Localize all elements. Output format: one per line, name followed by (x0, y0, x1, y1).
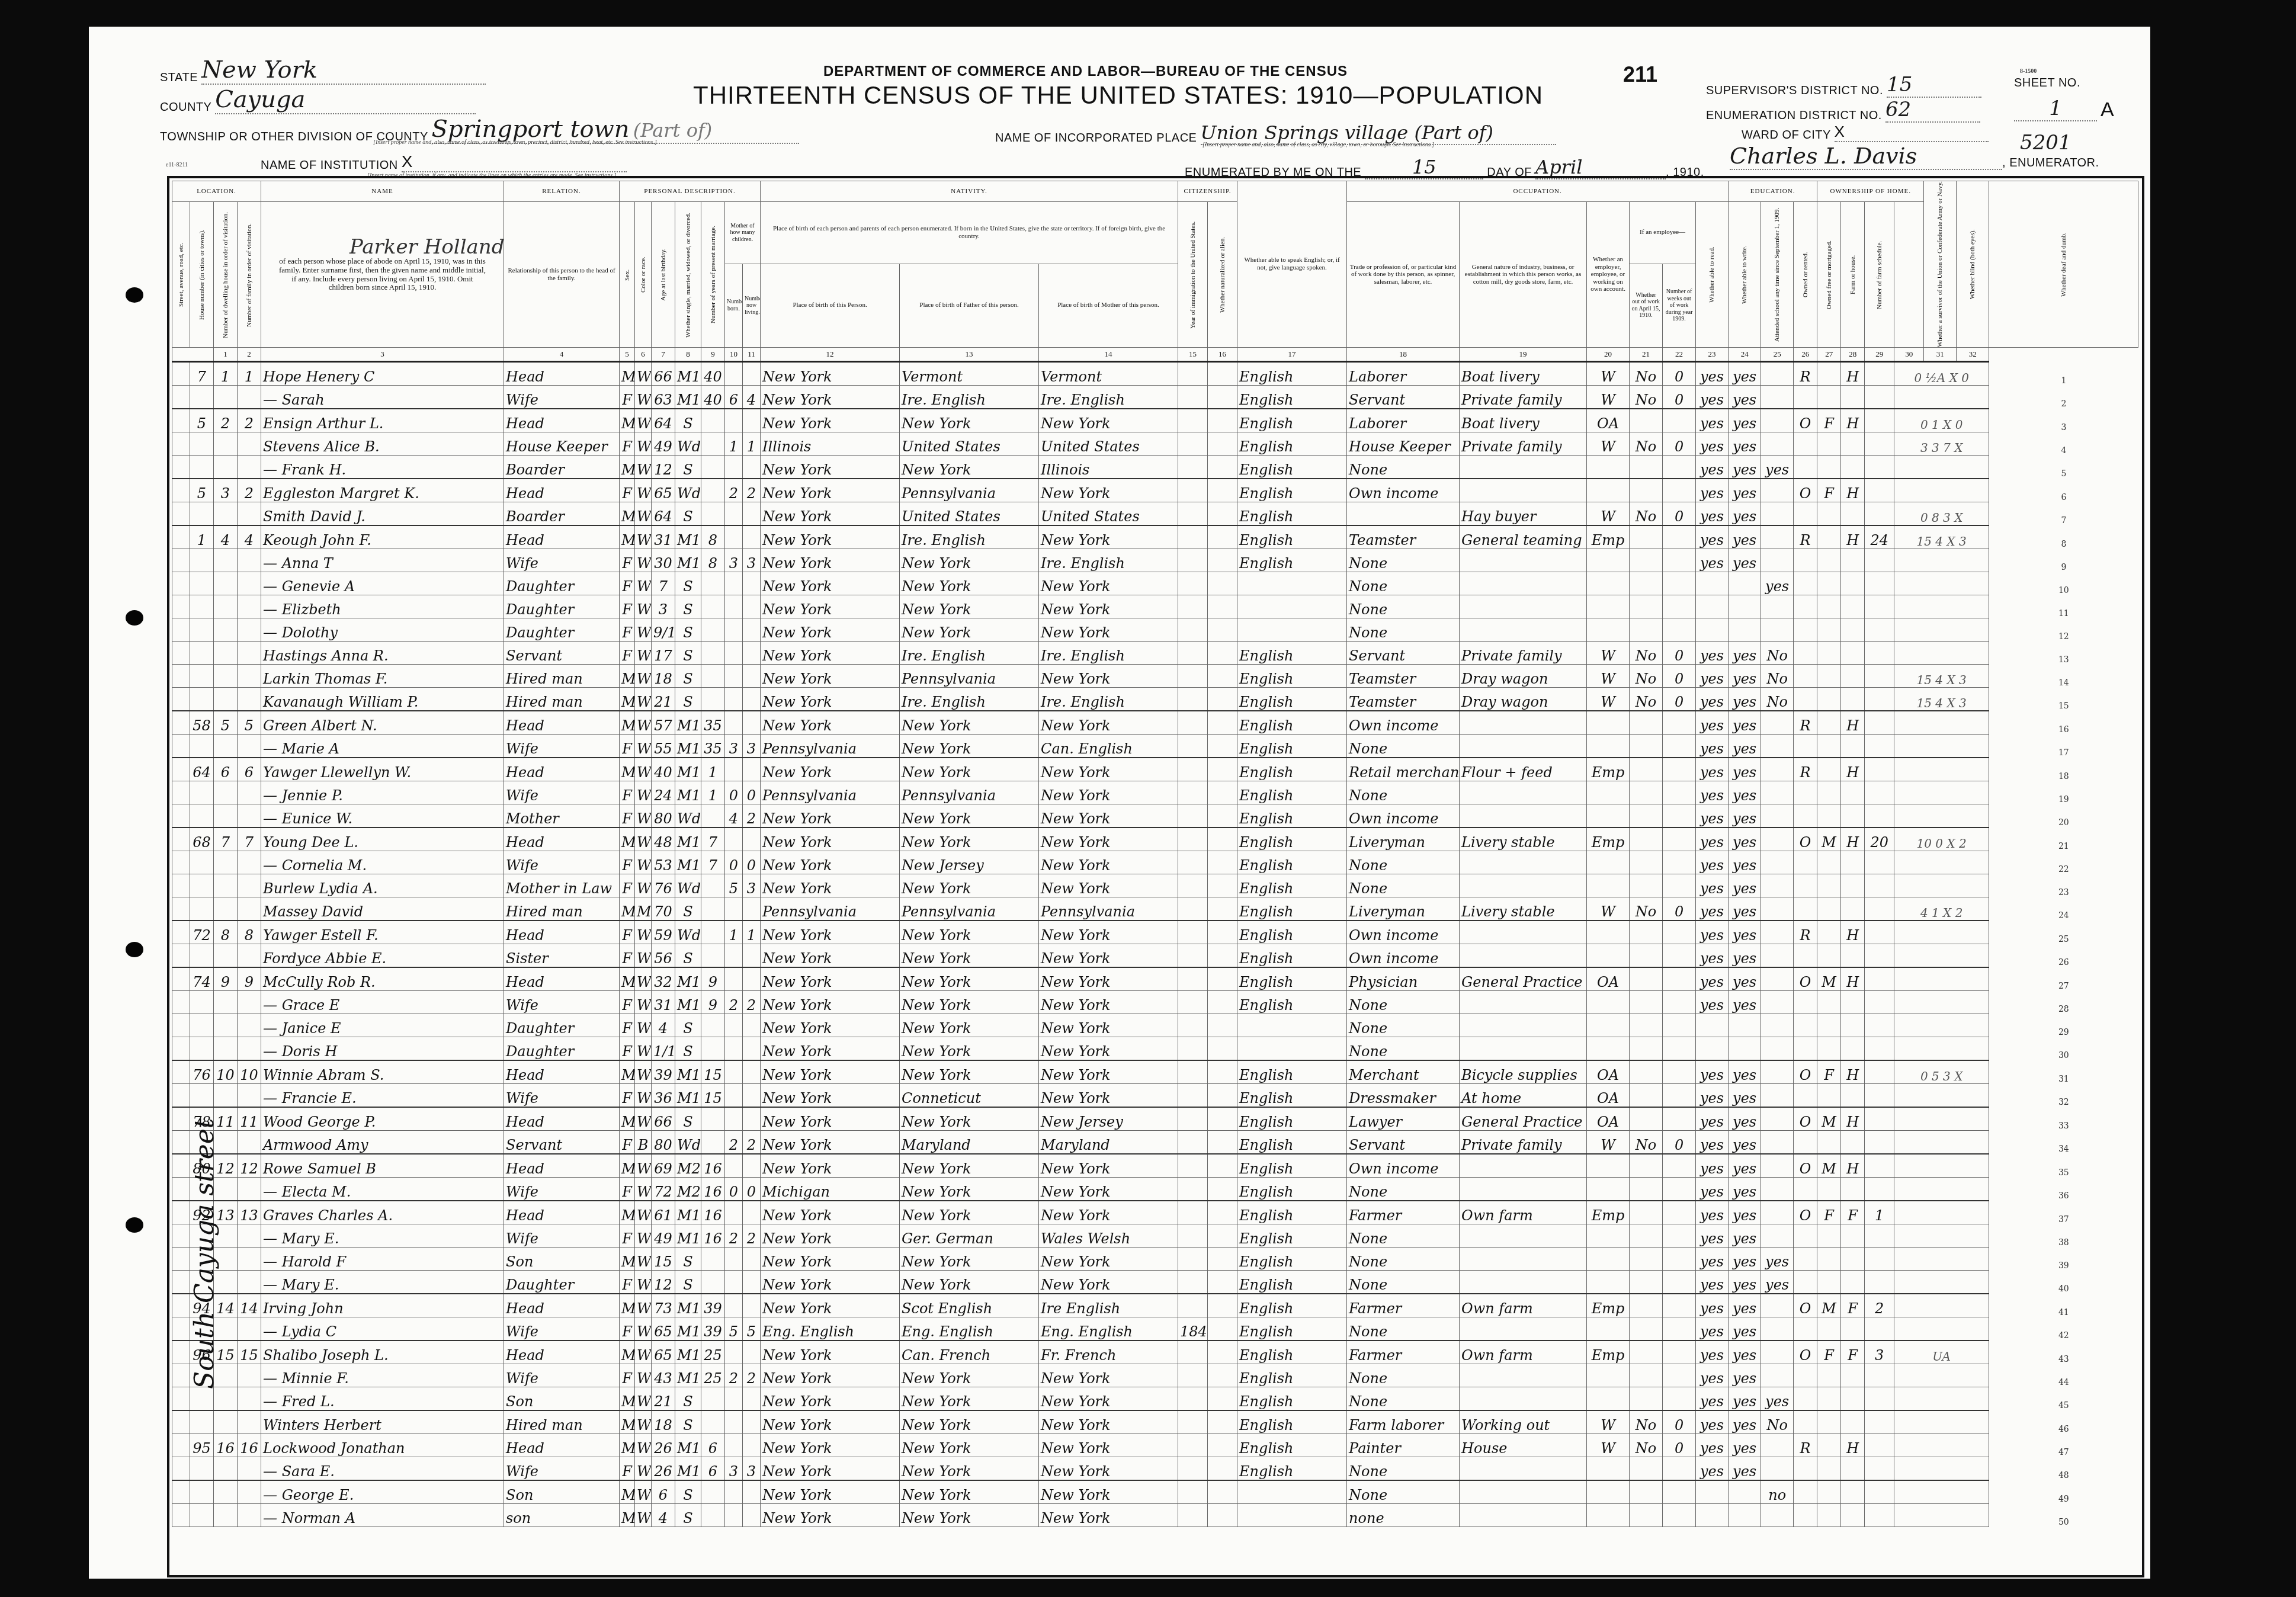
punch-hole (126, 610, 143, 626)
cell-marital: M1 (675, 1364, 701, 1387)
cell-write: yes (1729, 525, 1761, 549)
cell-write: yes (1729, 386, 1761, 409)
cell-own (1794, 1271, 1817, 1294)
cell-read: yes (1696, 1410, 1729, 1434)
table-row: 6877Young Dee L.HeadMW48M17New YorkNew Y… (172, 828, 2138, 851)
cell-emp (1587, 1014, 1630, 1037)
cell-fh (1841, 1364, 1865, 1387)
cell-pob_m: Vermont (1039, 362, 1178, 386)
cell-industry: Own farm (1460, 1341, 1587, 1364)
cell-born: 0 (725, 1178, 743, 1201)
cell-pob_m: New York (1039, 711, 1178, 735)
line-number: 19 (1989, 781, 2138, 804)
group-education: EDUCATION. (1729, 181, 1817, 202)
cell-emp (1587, 1271, 1630, 1294)
cell-school (1761, 1504, 1794, 1527)
cell-lang: English (1237, 1201, 1347, 1224)
cell-pob_f: New York (900, 572, 1039, 595)
cell-family (238, 1271, 261, 1294)
group-personal-description: PERSONAL DESCRIPTION. (620, 181, 761, 202)
cell-relation: Wife (504, 991, 620, 1014)
cell-name: — Frank H. (261, 456, 504, 479)
cell-emp: W (1587, 642, 1630, 665)
cell-write: yes (1729, 362, 1761, 386)
cell-school (1761, 1341, 1794, 1364)
cell-street (172, 1387, 190, 1411)
cell-living: 2 (743, 1364, 761, 1387)
cell-race: W (635, 386, 652, 409)
header-if-employee: If an employee— (1630, 202, 1696, 264)
street-note: Parker Holland (349, 235, 504, 259)
cell-out (1630, 572, 1663, 595)
table-row: 144Keough John F.HeadMW31M18New YorkIre.… (172, 525, 2138, 549)
cell-emp (1587, 1178, 1630, 1201)
cell-code (1894, 1457, 1989, 1481)
cell-yrs: 16 (701, 1154, 725, 1178)
cell-own (1794, 851, 1817, 874)
table-row: — Francie E.WifeFW36M115New YorkConnetic… (172, 1084, 2138, 1108)
cell-trade: Servant (1347, 1131, 1460, 1155)
cell-code (1894, 1107, 1989, 1131)
table-row: — Frank H.BoarderMW12SNew YorkNew YorkIl… (172, 456, 2138, 479)
cell-weeks: 0 (1663, 897, 1696, 921)
cell-imm (1178, 1014, 1208, 1037)
cell-family (238, 1457, 261, 1481)
line-number: 42 (1989, 1317, 2138, 1341)
cell-pob_f: Ger. German (900, 1224, 1039, 1248)
cell-street (172, 386, 190, 409)
table-row: — Sara E.WifeFW26M1633New YorkNew YorkNe… (172, 1457, 2138, 1481)
cell-pob: Pennsylvania (761, 735, 900, 758)
cell-imm (1178, 1224, 1208, 1248)
cell-race: W (635, 1201, 652, 1224)
cell-race: W (635, 711, 652, 735)
cell-trade: None (1347, 618, 1460, 642)
cell-dwelling (214, 502, 238, 526)
cell-lang: English (1237, 967, 1347, 991)
cell-street (172, 1178, 190, 1201)
cell-industry (1460, 1178, 1587, 1201)
cell-school (1761, 479, 1794, 502)
cell-name: — Eunice W. (261, 804, 504, 828)
cell-pob_f: New York (900, 1504, 1039, 1527)
cell-farm (1865, 479, 1894, 502)
cell-emp (1587, 1154, 1630, 1178)
cell-trade: House Keeper (1347, 432, 1460, 456)
cell-pob: New York (761, 828, 900, 851)
cell-read (1696, 1504, 1729, 1527)
cell-pob_m: New York (1039, 1248, 1178, 1271)
cell-living (743, 711, 761, 735)
cell-out (1630, 758, 1663, 781)
cell-street (172, 1107, 190, 1131)
cell-school (1761, 781, 1794, 804)
cell-relation: Head (504, 1154, 620, 1178)
cell-trade: Farmer (1347, 1294, 1460, 1317)
cell-emp: W (1587, 432, 1630, 456)
cell-pob: New York (761, 1457, 900, 1481)
cell-mort (1817, 1457, 1841, 1481)
header-immigration-year: Year of immigration to the United States… (1178, 202, 1208, 348)
header-years-married: Number of years of present marriage. (701, 202, 725, 348)
cell-pob: New York (761, 549, 900, 572)
cell-industry: House (1460, 1434, 1587, 1457)
cell-school (1761, 1201, 1794, 1224)
cell-yrs (701, 1410, 725, 1434)
cell-house (190, 432, 214, 456)
cell-weeks (1663, 874, 1696, 897)
cell-write: yes (1729, 897, 1761, 921)
cell-name: Young Dee L. (261, 828, 504, 851)
cell-industry (1460, 1364, 1587, 1387)
cell-pob_m: United States (1039, 432, 1178, 456)
cell-name: — Anna T (261, 549, 504, 572)
line-number: 3 (1989, 409, 2138, 432)
cell-fh (1841, 456, 1865, 479)
department-title: DEPARTMENT OF COMMERCE AND LABOR—BUREAU … (823, 63, 1348, 80)
cell-pob: New York (761, 1201, 900, 1224)
cell-trade: Teamster (1347, 525, 1460, 549)
cell-age: 7 (652, 572, 675, 595)
cell-lang: English (1237, 549, 1347, 572)
cell-write: yes (1729, 711, 1761, 735)
cell-marital: M1 (675, 711, 701, 735)
cell-family (238, 502, 261, 526)
cell-own (1794, 665, 1817, 688)
cell-house: 68 (190, 828, 214, 851)
cell-age: 55 (652, 735, 675, 758)
cell-street (172, 1480, 190, 1504)
line-number: 31 (1989, 1060, 2138, 1084)
cell-nat (1208, 1154, 1237, 1178)
cell-born (725, 688, 743, 711)
column-number: 9 (701, 348, 725, 362)
cell-write (1729, 572, 1761, 595)
cell-pob_m: New York (1039, 1014, 1178, 1037)
cell-trade: Servant (1347, 386, 1460, 409)
cell-imm (1178, 409, 1208, 432)
cell-out: No (1630, 362, 1663, 386)
column-number: 31 (1924, 348, 1957, 362)
cell-pob_m: New York (1039, 1178, 1178, 1201)
cell-living: 3 (743, 735, 761, 758)
cell-family (238, 1317, 261, 1341)
cell-name: — Mary E. (261, 1271, 504, 1294)
cell-marital: M1 (675, 386, 701, 409)
column-number: 28 (1841, 348, 1865, 362)
column-number: 2 (238, 348, 261, 362)
cell-sex: M (620, 1341, 635, 1364)
cell-lang: English (1237, 665, 1347, 688)
cell-race: W (635, 1341, 652, 1364)
cell-house: 74 (190, 967, 214, 991)
cell-weeks (1663, 1037, 1696, 1061)
cell-pob_m: New York (1039, 572, 1178, 595)
cell-street (172, 688, 190, 711)
header-born: Number born. (725, 264, 743, 348)
cell-living: 5 (743, 1317, 761, 1341)
cell-trade: None (1347, 735, 1460, 758)
cell-race: W (635, 665, 652, 688)
column-number: 16 (1208, 348, 1237, 362)
cell-lang (1237, 572, 1347, 595)
cell-nat (1208, 456, 1237, 479)
line-number: 21 (1989, 828, 2138, 851)
cell-industry: Working out (1460, 1410, 1587, 1434)
institution-hint: [Insert name of institution, if any, and… (367, 172, 616, 179)
cell-name: — Lydia C (261, 1317, 504, 1341)
cell-trade: None (1347, 572, 1460, 595)
cell-own: O (1794, 1060, 1817, 1084)
cell-living (743, 1014, 761, 1037)
header-weeks-out: Number of weeks out of work during year … (1663, 264, 1696, 348)
cell-imm (1178, 804, 1208, 828)
cell-race: B (635, 1131, 652, 1155)
cell-emp: W (1587, 362, 1630, 386)
cell-living (743, 362, 761, 386)
header-naturalized: Whether naturalized or alien. (1208, 202, 1237, 348)
cell-family: 2 (238, 479, 261, 502)
cell-code (1894, 1480, 1989, 1504)
cell-fh (1841, 1410, 1865, 1434)
cell-industry: Private family (1460, 642, 1587, 665)
cell-street (172, 874, 190, 897)
cell-pob_f: New Jersey (900, 851, 1039, 874)
cell-living: 3 (743, 549, 761, 572)
table-row: — DolothyDaughterFW9/12SNew YorkNew York… (172, 618, 2138, 642)
cell-trade: Own income (1347, 1154, 1460, 1178)
cell-relation: Daughter (504, 595, 620, 618)
cell-school (1761, 525, 1794, 549)
cell-marital: M1 (675, 525, 701, 549)
cell-school (1761, 1224, 1794, 1248)
cell-weeks (1663, 921, 1696, 944)
cell-race: Mu (635, 897, 652, 921)
header-deaf: Whether deaf and dumb. (1989, 181, 2138, 348)
cell-family (238, 1037, 261, 1061)
cell-living (743, 1060, 761, 1084)
cell-own: O (1794, 1294, 1817, 1317)
header-out-of-work: Whether out of work on April 15, 1910. (1630, 264, 1663, 348)
cell-own (1794, 781, 1817, 804)
cell-house: 7 (190, 362, 214, 386)
cell-nat (1208, 1107, 1237, 1131)
cell-marital: M1 (675, 1084, 701, 1108)
cell-family (238, 897, 261, 921)
cell-fh: F (1841, 1294, 1865, 1317)
cell-school: No (1761, 688, 1794, 711)
line-number: 5 (1989, 456, 2138, 479)
cell-farm (1865, 1271, 1894, 1294)
cell-nat (1208, 1294, 1237, 1317)
cell-relation: Wife (504, 1224, 620, 1248)
cell-name: Hastings Anna R. (261, 642, 504, 665)
cell-imm (1178, 572, 1208, 595)
cell-street (172, 711, 190, 735)
cell-imm (1178, 897, 1208, 921)
cell-age: 17 (652, 642, 675, 665)
cell-family: 5 (238, 711, 261, 735)
cell-farm (1865, 362, 1894, 386)
group-ownership: OWNERSHIP OF HOME. (1817, 181, 1924, 202)
cell-pob: New York (761, 1294, 900, 1317)
cell-code (1894, 618, 1989, 642)
cell-nat (1208, 897, 1237, 921)
cell-code: 0 8 3 X (1894, 502, 1989, 526)
cell-write: yes (1729, 642, 1761, 665)
cell-pob: New York (761, 595, 900, 618)
cell-family (238, 1084, 261, 1108)
cell-trade: Physician (1347, 967, 1460, 991)
cell-out: No (1630, 1131, 1663, 1155)
line-number: 44 (1989, 1364, 2138, 1387)
cell-marital: M1 (675, 991, 701, 1014)
cell-pob: Pennsylvania (761, 781, 900, 804)
table-row: — Harold FSonMW15SNew YorkNew YorkNew Yo… (172, 1248, 2138, 1271)
cell-farm: 3 (1865, 1341, 1894, 1364)
table-row: — Electa M.WifeFW72M21600MichiganNew Yor… (172, 1178, 2138, 1201)
header-mother-of: Mother of how many children. (725, 202, 761, 264)
cell-school (1761, 549, 1794, 572)
cell-nat (1208, 479, 1237, 502)
cell-yrs (701, 874, 725, 897)
cell-pob_m: New York (1039, 1504, 1178, 1527)
cell-house (190, 1410, 214, 1434)
cell-out (1630, 874, 1663, 897)
cell-mort (1817, 851, 1841, 874)
cell-born (725, 967, 743, 991)
cell-out (1630, 1060, 1663, 1084)
cell-out (1630, 1014, 1663, 1037)
cell-pob_f: Can. French (900, 1341, 1039, 1364)
cell-own (1794, 1364, 1817, 1387)
cell-name: Keough John F. (261, 525, 504, 549)
state-field: State New York (160, 56, 486, 85)
cell-living (743, 1387, 761, 1411)
cell-out (1630, 1107, 1663, 1131)
cell-nat (1208, 851, 1237, 874)
table-row: 6466Yawger Llewellyn W.HeadMW40M11New Yo… (172, 758, 2138, 781)
cell-living: 4 (743, 386, 761, 409)
cell-dwelling: 4 (214, 525, 238, 549)
cell-race: W (635, 1084, 652, 1108)
cell-marital: M1 (675, 362, 701, 386)
line-number: 34 (1989, 1131, 2138, 1155)
cell-living (743, 1248, 761, 1271)
cell-trade (1347, 502, 1460, 526)
cell-trade: Farmer (1347, 1341, 1460, 1364)
cell-sex: F (620, 1271, 635, 1294)
cell-code (1894, 1434, 1989, 1457)
cell-code (1894, 944, 1989, 968)
cell-out (1630, 409, 1663, 432)
cell-out (1630, 1294, 1663, 1317)
cell-dwelling (214, 1037, 238, 1061)
cell-street (172, 1201, 190, 1224)
cell-race: W (635, 921, 652, 944)
cell-farm (1865, 1434, 1894, 1457)
cell-pob: New York (761, 1107, 900, 1131)
cell-house (190, 386, 214, 409)
cell-pob_f: New York (900, 758, 1039, 781)
cell-lang: English (1237, 1107, 1347, 1131)
cell-code: 0 5 3 X (1894, 1060, 1989, 1084)
cell-read: yes (1696, 432, 1729, 456)
cell-family (238, 874, 261, 897)
cell-street (172, 1084, 190, 1108)
cell-nat (1208, 618, 1237, 642)
cell-marital: S (675, 1504, 701, 1527)
county-field: County Cayuga (160, 86, 476, 114)
cell-industry: Own farm (1460, 1294, 1587, 1317)
cell-nat (1208, 386, 1237, 409)
cell-race: W (635, 1271, 652, 1294)
cell-weeks (1663, 1107, 1696, 1131)
cell-yrs: 15 (701, 1084, 725, 1108)
cell-dwelling (214, 1480, 238, 1504)
cell-farm (1865, 1224, 1894, 1248)
enumerator-number: 5201 (2020, 131, 2071, 155)
cell-imm (1178, 1060, 1208, 1084)
header-house-number: House number (in cities or towns). (190, 202, 214, 348)
cell-family (238, 386, 261, 409)
cell-trade: Teamster (1347, 688, 1460, 711)
cell-fh (1841, 618, 1865, 642)
cell-out: No (1630, 386, 1663, 409)
column-number: 23 (1696, 348, 1729, 362)
cell-family: 13 (238, 1201, 261, 1224)
header-farm-schedule: Number of farm schedule. (1865, 202, 1894, 348)
cell-name: Winters Herbert (261, 1410, 504, 1434)
cell-out (1630, 1387, 1663, 1411)
cell-emp (1587, 1480, 1630, 1504)
cell-nat (1208, 688, 1237, 711)
cell-emp (1587, 572, 1630, 595)
cell-lang: English (1237, 828, 1347, 851)
cell-pob: New York (761, 874, 900, 897)
line-number: 15 (1989, 688, 2138, 711)
cell-out (1630, 828, 1663, 851)
cell-marital: M1 (675, 1317, 701, 1341)
cell-fh (1841, 781, 1865, 804)
cell-yrs: 16 (701, 1201, 725, 1224)
cell-imm (1178, 1037, 1208, 1061)
cell-family: 6 (238, 758, 261, 781)
cell-imm (1178, 1201, 1208, 1224)
cell-write: yes (1729, 851, 1761, 874)
cell-house: 76 (190, 1060, 214, 1084)
header-language: Whether able to speak English; or, if no… (1237, 181, 1347, 348)
cell-living: 3 (743, 874, 761, 897)
column-number: 27 (1817, 348, 1841, 362)
cell-farm (1865, 1387, 1894, 1411)
cell-weeks: 0 (1663, 502, 1696, 526)
line-number: 10 (1989, 572, 2138, 595)
cell-lang: English (1237, 456, 1347, 479)
cell-pob_m: Can. English (1039, 735, 1178, 758)
line-number: 11 (1989, 595, 2138, 618)
column-number: 4 (504, 348, 620, 362)
cell-school (1761, 1037, 1794, 1061)
cell-code: 15 4 X 3 (1894, 688, 1989, 711)
cell-lang: English (1237, 409, 1347, 432)
column-number: 7 (652, 348, 675, 362)
cell-living (743, 502, 761, 526)
cell-age: 40 (652, 758, 675, 781)
cell-mort (1817, 781, 1841, 804)
cell-weeks (1663, 1341, 1696, 1364)
cell-living (743, 525, 761, 549)
